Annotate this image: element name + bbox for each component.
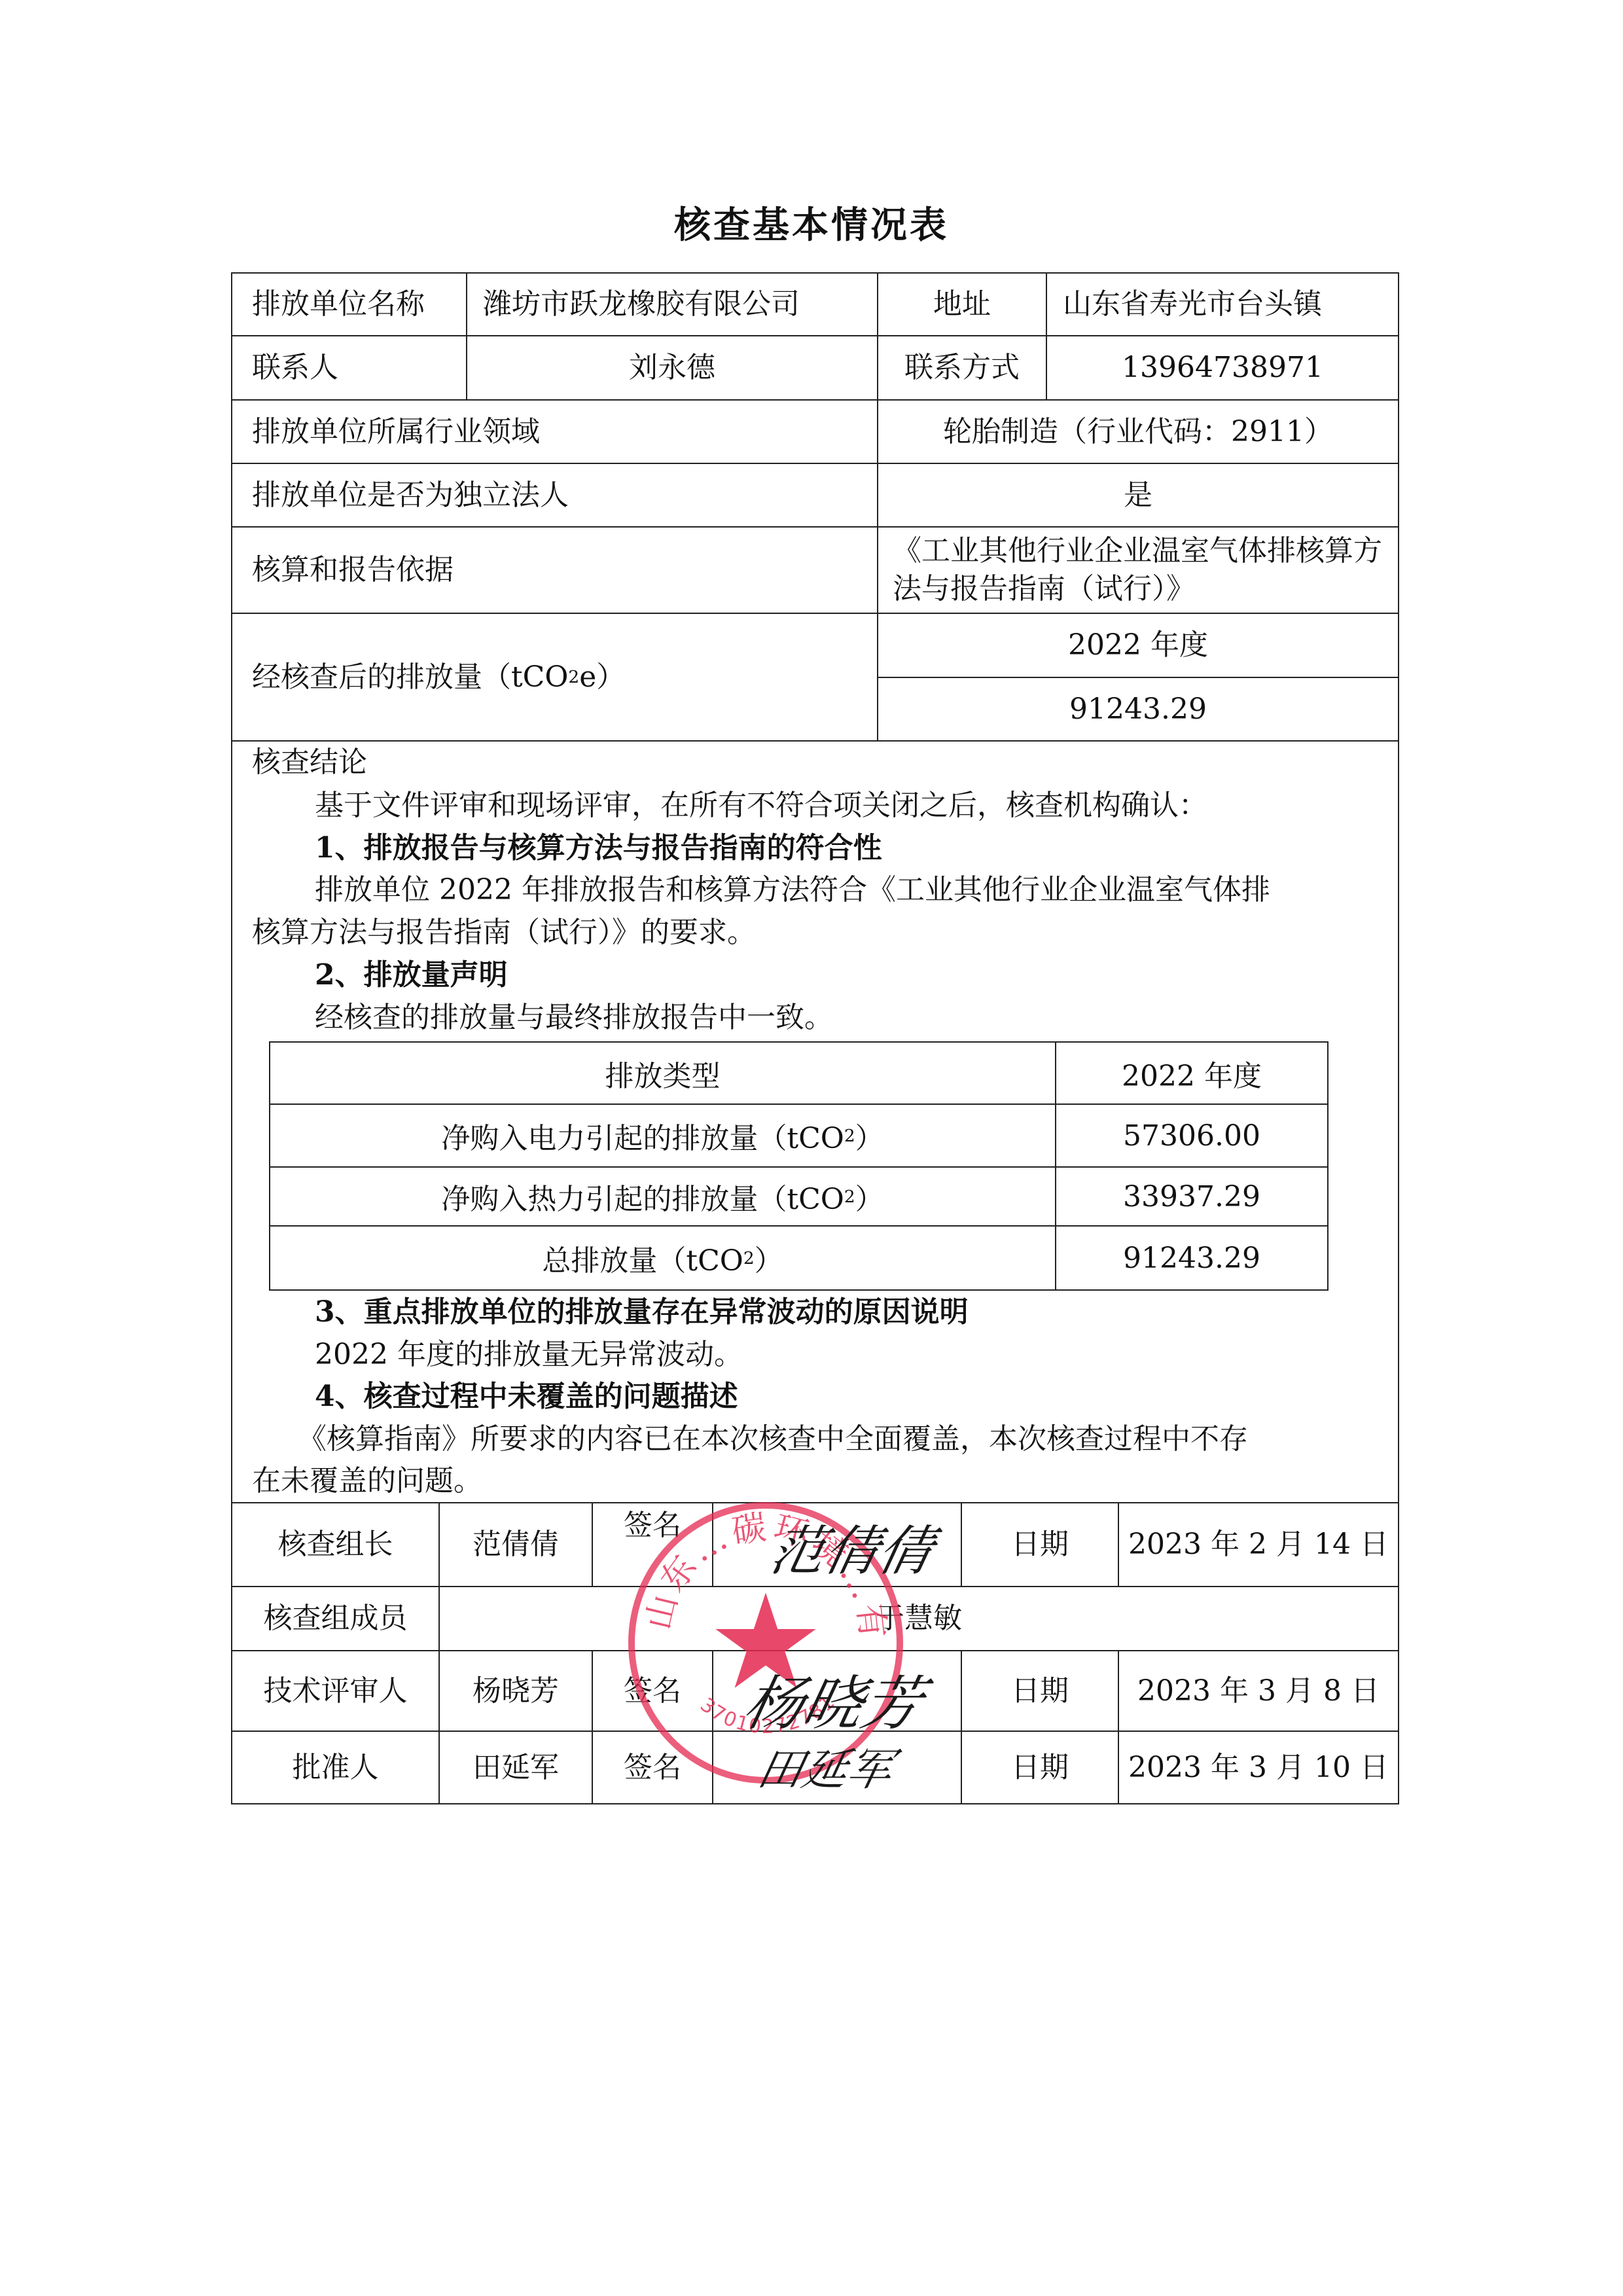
- leader-date-label: 日期: [961, 1502, 1119, 1587]
- leader-sign-label: 签名: [592, 1502, 713, 1587]
- approver-date: 2023 年 3 月 10 日: [1118, 1731, 1399, 1804]
- verified-label-suffix: e）: [579, 658, 625, 696]
- verified-label-prefix: 经核查后的排放量（tCO: [252, 658, 568, 696]
- industry-label: 排放单位所属行业领域: [231, 399, 878, 464]
- leader-handwritten-signature: 范倩倩: [764, 1509, 942, 1585]
- leader-date: 2023 年 2 月 14 日: [1118, 1502, 1399, 1587]
- independent-value: 是: [877, 463, 1399, 528]
- row-type-sub: 2: [844, 1187, 855, 1207]
- verified-value: 91243.29: [877, 677, 1399, 742]
- section-3-title: 3、重点排放单位的排放量存在异常波动的原因说明: [315, 1293, 1382, 1332]
- row-type-text: 总排放量（tCO: [542, 1237, 743, 1279]
- approver-name: 田延军: [438, 1731, 593, 1804]
- contact-value: 刘永德: [466, 335, 878, 401]
- phone-value: 13964738971: [1046, 335, 1399, 401]
- conclusion-intro: 基于文件评审和现场评审，在所有不符合项关闭之后，核查机构确认：: [315, 786, 1382, 825]
- verified-label-sub: 2: [568, 666, 579, 689]
- emission-row-electricity-value: 57306.00: [1055, 1103, 1329, 1168]
- section-4-text-b: 在未覆盖的问题。: [252, 1462, 1382, 1501]
- emission-row-electricity-type: 净购入电力引起的排放量（tCO2）: [269, 1103, 1056, 1168]
- basis-label: 核算和报告依据: [231, 526, 878, 614]
- verified-year: 2022 年度: [877, 613, 1399, 678]
- phone-label: 联系方式: [877, 335, 1047, 401]
- approver-sign-label: 签名: [592, 1731, 713, 1804]
- row-type-text: 净购入电力引起的排放量（tCO: [441, 1115, 844, 1157]
- conclusion-section: 核查结论 基于文件评审和现场评审，在所有不符合项关闭之后，核查机构确认： 1、排…: [231, 740, 1399, 1503]
- approver-label: 批准人: [231, 1731, 440, 1804]
- emission-table-header-type: 排放类型: [269, 1041, 1056, 1105]
- emission-row-total-type: 总排放量（tCO2）: [269, 1225, 1056, 1291]
- row-type-suffix: ）: [855, 1175, 884, 1217]
- reviewer-label: 技术评审人: [231, 1650, 440, 1732]
- unit-name-label: 排放单位名称: [231, 272, 467, 336]
- conclusion-heading: 核查结论: [252, 743, 1382, 782]
- emission-row-total-value: 91243.29: [1055, 1225, 1329, 1291]
- section-1-text-b: 核算方法与报告指南（试行）》的要求。: [252, 913, 1382, 952]
- page-title: 核查基本情况表: [0, 196, 1623, 249]
- emission-row-heat-type: 净购入热力引起的排放量（tCO2）: [269, 1166, 1056, 1227]
- address-label: 地址: [877, 272, 1047, 336]
- section-3-text: 2022 年度的排放量无异常波动。: [315, 1335, 1382, 1374]
- basis-value: 《工业其他行业企业温室气体排核算方法与报告指南（试行）》: [877, 526, 1399, 614]
- reviewer-name: 杨晓芳: [438, 1650, 593, 1732]
- approver-date-label: 日期: [961, 1731, 1119, 1804]
- verified-emission-label: 经核查后的排放量（tCO2e）: [231, 613, 878, 742]
- row-type-suffix: ）: [855, 1115, 884, 1157]
- leader-name: 范倩倩: [438, 1502, 593, 1587]
- section-4-title: 4、核查过程中未覆盖的问题描述: [315, 1377, 1382, 1416]
- leader-label: 核查组长: [231, 1502, 440, 1587]
- members-label: 核查组成员: [231, 1586, 440, 1651]
- section-1-title: 1、排放报告与核算方法与报告指南的符合性: [315, 829, 1382, 868]
- unit-name-value: 潍坊市跃龙橡胶有限公司: [466, 272, 878, 336]
- row-type-sub: 2: [844, 1126, 855, 1146]
- industry-value: 轮胎制造（行业代码：2911）: [877, 399, 1399, 464]
- reviewer-date-label: 日期: [961, 1650, 1119, 1732]
- section-2-title: 2、排放量声明: [315, 956, 1382, 995]
- section-1-text-a: 排放单位 2022 年排放报告和核算方法符合《工业其他行业企业温室气体排: [315, 870, 1382, 910]
- row-type-sub: 2: [743, 1248, 755, 1268]
- address-value: 山东省寿光市台头镇: [1046, 272, 1399, 336]
- row-type-suffix: ）: [755, 1237, 783, 1279]
- emission-row-heat-value: 33937.29: [1055, 1166, 1329, 1227]
- row-type-text: 净购入热力引起的排放量（tCO: [441, 1175, 844, 1217]
- emission-table-header-year: 2022 年度: [1055, 1041, 1329, 1105]
- contact-label: 联系人: [231, 335, 467, 401]
- members-value: 于慧敏: [438, 1586, 1399, 1651]
- reviewer-handwritten-signature: 杨晓芳: [737, 1656, 932, 1741]
- reviewer-sign-label: 签名: [592, 1650, 713, 1732]
- independent-label: 排放单位是否为独立法人: [231, 463, 878, 528]
- reviewer-date: 2023 年 3 月 8 日: [1118, 1650, 1399, 1732]
- section-2-text: 经核查的排放量与最终排放报告中一致。: [315, 998, 1382, 1037]
- section-4-text-a: 《核算指南》所要求的内容已在本次核查中全面覆盖，本次核查过程中不存: [298, 1420, 1382, 1459]
- approver-handwritten-signature: 田延军: [753, 1734, 900, 1798]
